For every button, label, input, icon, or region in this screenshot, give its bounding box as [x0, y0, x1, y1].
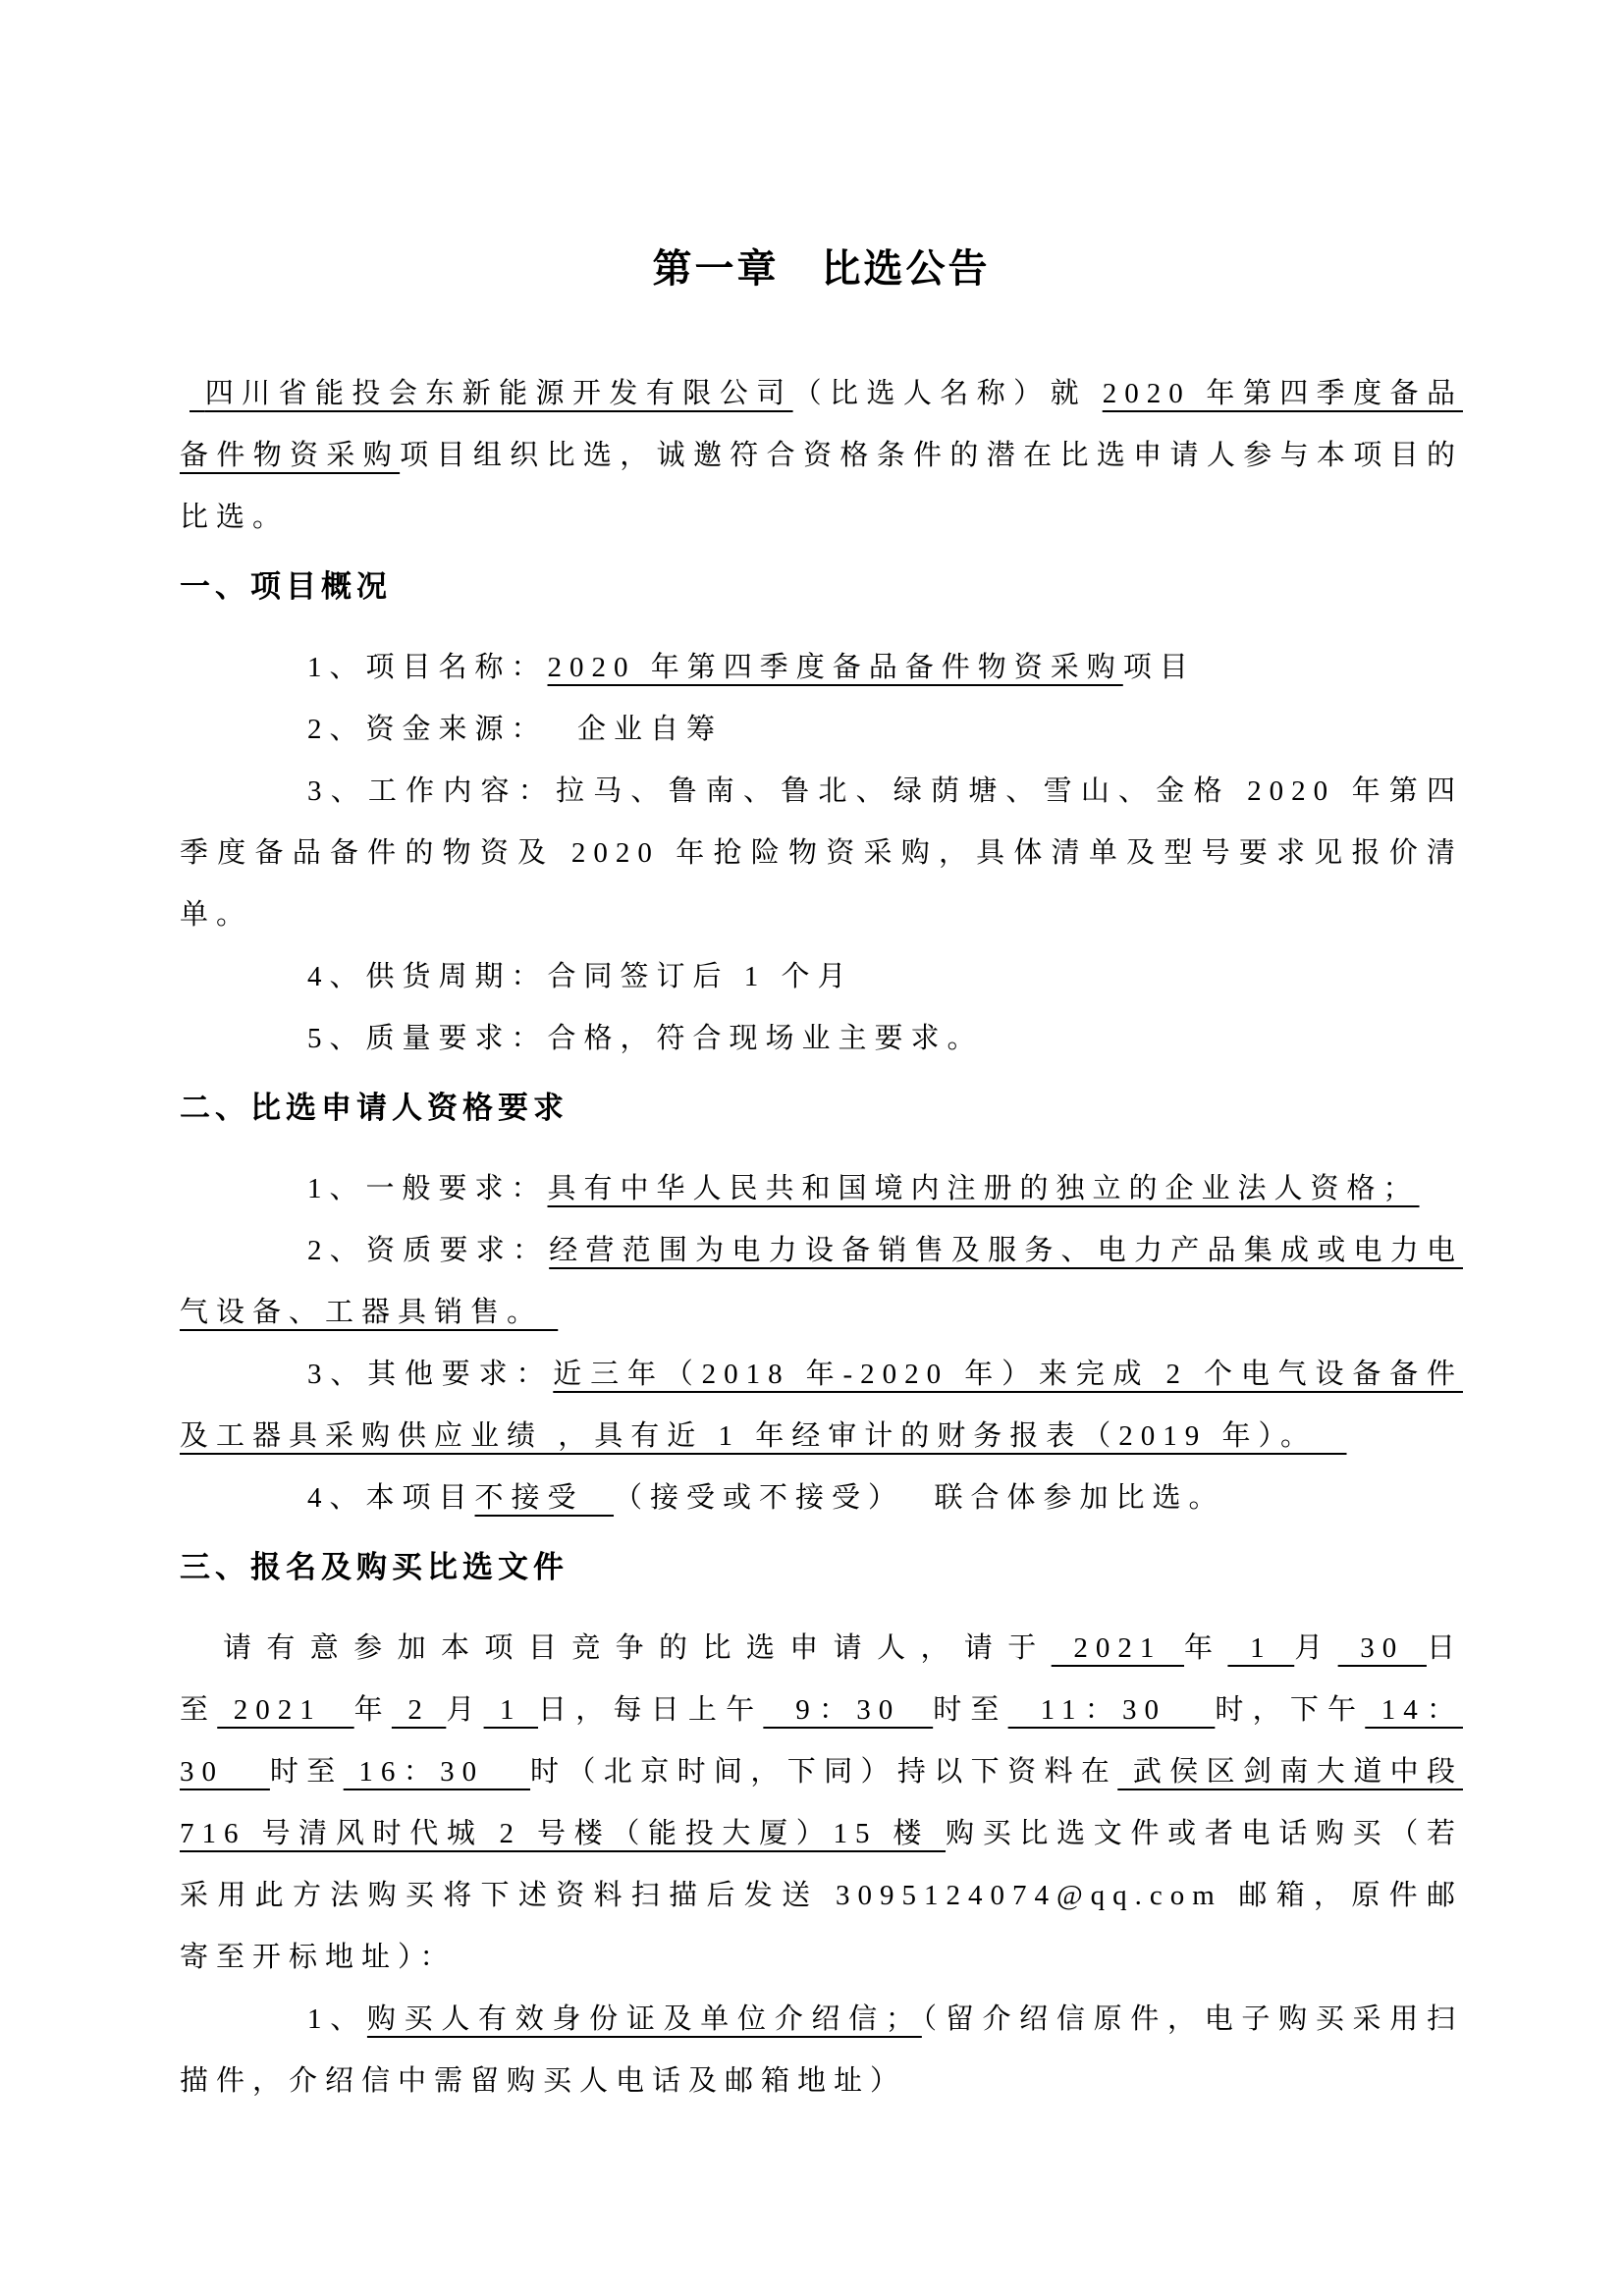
text-run: 2、资金来源： 企业自筹: [307, 714, 723, 745]
underlined-text: 具有中华人民共和国境内注册的独立的企业法人资格；: [548, 1173, 1420, 1204]
text-run: 时，下午: [1215, 1694, 1365, 1726]
document-content: 第一章 比选公告 四川省能投会东新能源开发有限公司（比选人名称）就 2020 年…: [0, 0, 1624, 2112]
text-run: 2、资质要求：: [307, 1235, 549, 1266]
item-supply-period: 4、供货周期：合同签订后 1 个月: [180, 946, 1463, 1008]
underlined-text: 购买人有效身份证及单位介绍信；: [367, 2003, 922, 2035]
document-page: 第一章 比选公告 四川省能投会东新能源开发有限公司（比选人名称）就 2020 年…: [0, 0, 1624, 2296]
text-run: 1、项目名称：: [307, 652, 548, 683]
text-run: 日，每日上午: [538, 1694, 763, 1726]
intro-paragraph: 四川省能投会东新能源开发有限公司（比选人名称）就 2020 年第四季度备品备件物…: [180, 363, 1463, 549]
text-run: 时（北京时间，下同）持以下资料在: [530, 1756, 1117, 1788]
text-run: （比选人名称）就: [793, 378, 1103, 409]
text-run: 请有意参加本项目竞争的比选申请人，请于: [223, 1632, 1052, 1664]
text-run: 1、一般要求：: [307, 1173, 548, 1204]
item-work-content: 3、工作内容：拉马、鲁南、鲁北、绿荫塘、雪山、金格 2020 年第四季度备品备件…: [180, 761, 1463, 946]
underlined-text: 2: [392, 1694, 446, 1726]
text-run: 3、工作内容：拉马、鲁南、鲁北、绿荫塘、雪山、金格 2020 年第四季度备品备件…: [180, 775, 1463, 931]
underlined-text: 1: [1227, 1632, 1294, 1664]
item-funding-source: 2、资金来源： 企业自筹: [180, 699, 1463, 761]
text-run: 5、质量要求：合格，符合现场业主要求。: [307, 1023, 984, 1054]
item-purchaser-id: 1、购买人有效身份证及单位介绍信；（留介绍信原件，电子购买采用扫描件，介绍信中需…: [180, 1989, 1463, 2112]
section-2-heading: 二、比选申请人资格要求: [180, 1084, 1463, 1133]
text-run: 4、供货周期：合同签订后 1 个月: [307, 961, 854, 992]
underlined-text: 2020 年第四季度备品备件物资采购: [548, 652, 1123, 683]
document-blocks: 四川省能投会东新能源开发有限公司（比选人名称）就 2020 年第四季度备品备件物…: [180, 363, 1463, 2112]
registration-paragraph: 请有意参加本项目竞争的比选申请人，请于 2021 年 1 月 30 日至 202…: [180, 1618, 1463, 1989]
underlined-text: 11：30: [1008, 1694, 1216, 1726]
text-run: 项目: [1123, 652, 1196, 683]
text-run: 时至: [270, 1756, 344, 1788]
chapter-title: 第一章 比选公告: [180, 243, 1463, 294]
text-run: 1、: [307, 2003, 367, 2035]
underlined-text: 1: [484, 1694, 538, 1726]
underlined-text: 不接受: [475, 1482, 615, 1514]
text-run: （接受或不接受） 联合体参加比选。: [614, 1482, 1225, 1514]
item-other-requirement: 3、其他要求：近三年（2018 年-2020 年）来完成 2 个电气设备备件及工…: [180, 1344, 1463, 1468]
underlined-text: 四川省能投会东新能源开发有限公司: [205, 378, 793, 409]
text-run: 4、本项目: [307, 1482, 475, 1514]
underlined-text: 2021: [217, 1694, 353, 1726]
text-run: 三、报名及购买比选文件: [180, 1550, 568, 1584]
section-3-heading: 三、报名及购买比选文件: [180, 1543, 1463, 1592]
underlined-text: 9：30: [763, 1694, 933, 1726]
text-run: 月: [446, 1694, 483, 1726]
item-quality-requirement: 5、质量要求：合格，符合现场业主要求。: [180, 1008, 1463, 1070]
item-qualification-requirement: 2、资质要求：经营范围为电力设备销售及服务、电力产品集成或电力电气设备、工器具销…: [180, 1220, 1463, 1344]
underlined-text: 30: [1338, 1632, 1427, 1664]
text-run: 时至: [933, 1694, 1007, 1726]
item-consortium: 4、本项目不接受 （接受或不接受） 联合体参加比选。: [180, 1468, 1463, 1529]
text-run: 二、比选申请人资格要求: [180, 1091, 568, 1125]
text-run: 月: [1294, 1632, 1337, 1664]
text-run: 3、其他要求：: [307, 1359, 553, 1390]
section-1-heading: 一、项目概况: [180, 562, 1463, 612]
text-run: 年: [1184, 1632, 1227, 1664]
text-run: 一、项目概况: [180, 569, 392, 604]
item-project-name: 1、项目名称：2020 年第四季度备品备件物资采购项目: [180, 637, 1463, 699]
underlined-text: 2021: [1052, 1632, 1184, 1664]
text-run: 年: [354, 1694, 392, 1726]
underlined-text: 16：30: [344, 1756, 530, 1788]
item-general-requirement: 1、一般要求：具有中华人民共和国境内注册的独立的企业法人资格；: [180, 1158, 1463, 1220]
underlined-text: [189, 378, 205, 409]
